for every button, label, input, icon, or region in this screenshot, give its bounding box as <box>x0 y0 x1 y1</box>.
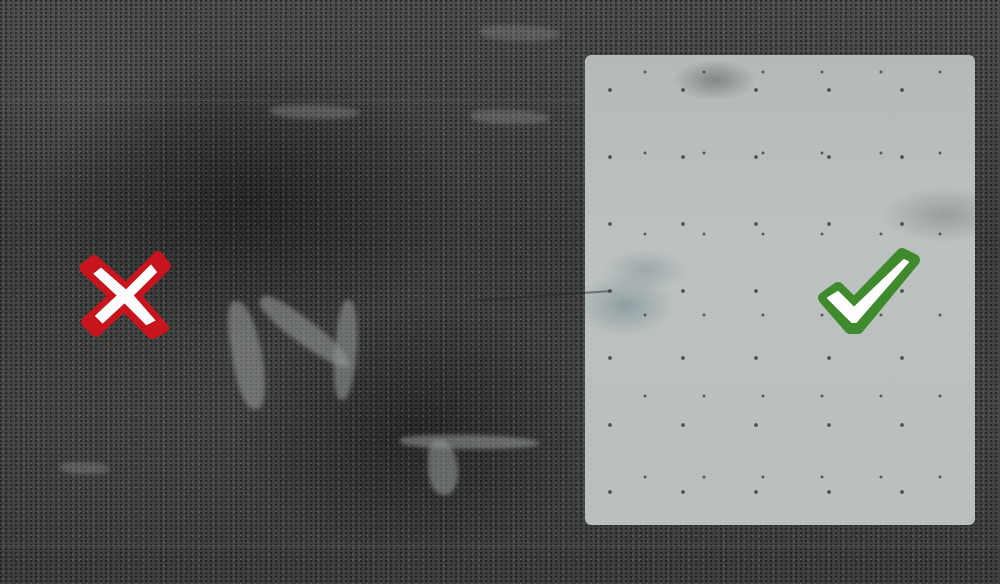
chalk-mark <box>470 110 550 124</box>
check-icon <box>816 246 920 336</box>
chalk-mark <box>270 105 360 119</box>
chalk-mark <box>400 435 540 449</box>
chalk-mark <box>480 25 560 41</box>
form-line <box>0 100 580 101</box>
cross-icon <box>80 248 172 340</box>
chalk-mark <box>60 462 110 474</box>
form-line <box>0 545 1000 546</box>
concrete-wall-photo <box>0 0 1000 584</box>
